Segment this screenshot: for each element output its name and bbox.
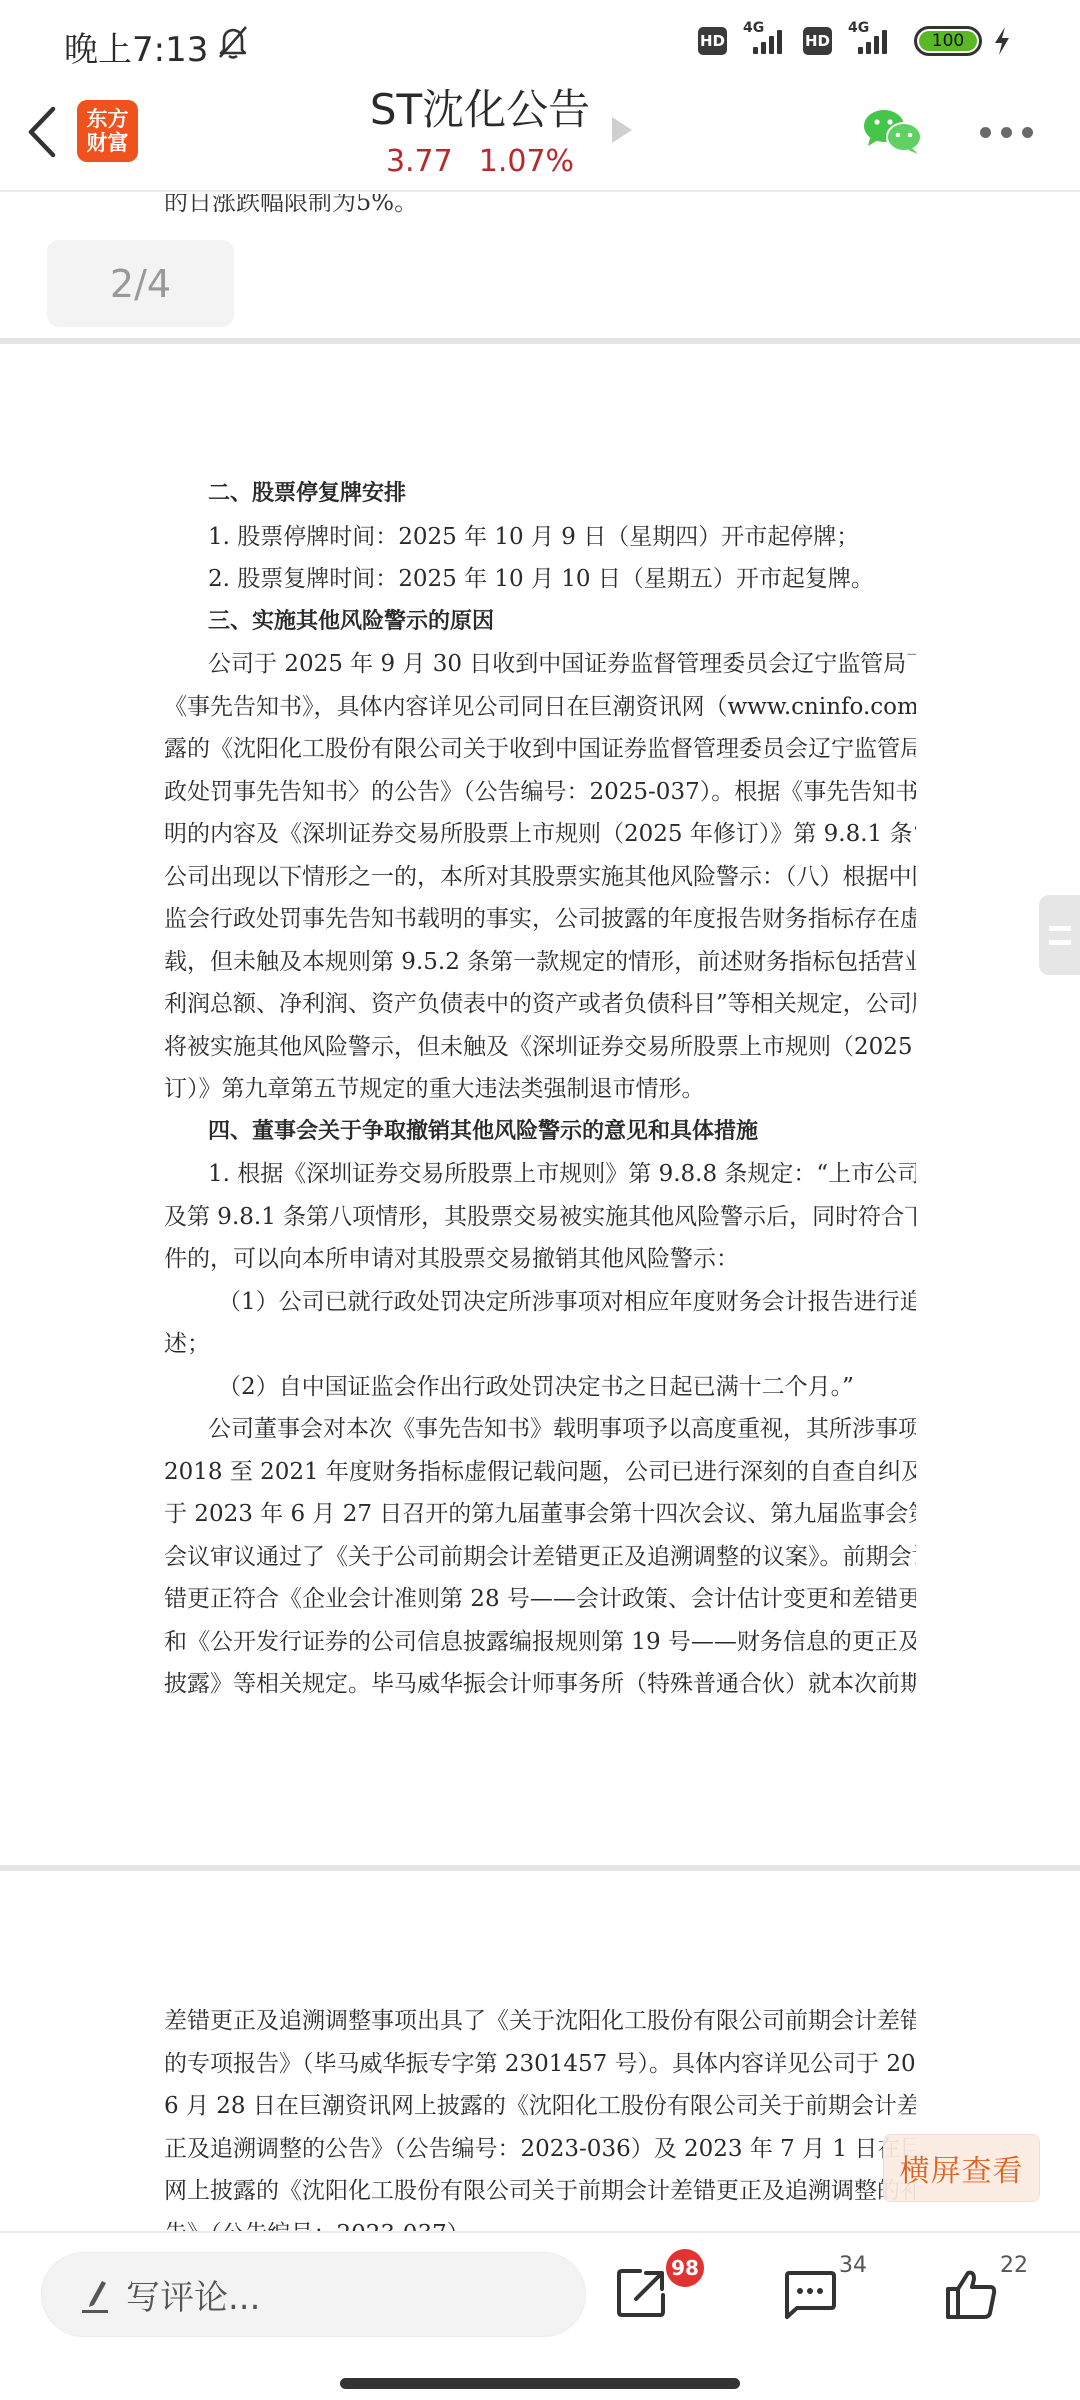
dot-icon xyxy=(1022,127,1033,138)
document-text-line: 将被实施其他风险警示，但未触及《深圳证券交易所股票上市规则（2025 年修 xyxy=(164,1026,916,1068)
share-button[interactable]: 98 xyxy=(616,2263,706,2323)
document-text-line: （2）自中国证监会作出行政处罚决定书之日起已满十二个月。” xyxy=(218,1366,916,1408)
page-divider xyxy=(0,338,1080,344)
comment-input[interactable]: 写评论... xyxy=(41,2252,586,2337)
document-text-line: 件的，可以向本所申请对其股票交易撤销其他风险警示： xyxy=(164,1238,916,1280)
signal-icon: 4G xyxy=(842,26,898,56)
document-text-line: 1. 根据《深圳证券交易所股票上市规则》第 9.8.8 条规定：“上市公司因触 xyxy=(208,1153,916,1195)
document-text-line: 2. 股票复牌时间：2025 年 10 月 10 日（星期五）开市起复牌。 xyxy=(208,558,916,600)
page-title: ST沈化公告 xyxy=(340,84,620,136)
app-logo[interactable]: 东方 财富 xyxy=(77,100,138,162)
share-count-badge: 98 xyxy=(666,2249,704,2287)
chevron-left-icon xyxy=(27,106,57,158)
document-text-line: 及第 9.8.1 条第八项情形，其股票交易被实施其他风险警示后，同时符合下列条 xyxy=(164,1196,916,1238)
bottom-action-bar: 写评论... 98 34 22 xyxy=(0,2231,1080,2400)
mute-icon xyxy=(216,24,250,60)
document-text-line: 公司出现以下情形之一的，本所对其股票实施其他风险警示：（八）根据中国证 xyxy=(164,856,916,898)
dot-icon xyxy=(1001,127,1012,138)
like-button[interactable]: 22 xyxy=(944,2263,1044,2323)
wechat-share-icon[interactable] xyxy=(862,108,924,156)
section-heading: 二、股票停复牌安排 xyxy=(208,473,960,515)
back-button[interactable] xyxy=(20,104,64,160)
document-text-line: 利润总额、净利润、资产负债表中的资产或者负债科目”等相关规定，公司股票 xyxy=(164,983,916,1025)
document-text-line: 错更正符合《企业会计准则第 28 号——会计政策、会计估计变更和差错更正》 xyxy=(164,1578,916,1620)
status-time: 晚上7:13 xyxy=(64,22,208,71)
thumbs-up-icon xyxy=(944,2267,998,2321)
comment-bubble-icon xyxy=(783,2267,837,2323)
document-text-line: 正及追溯调整的公告》（公告编号：2023-036）及 2023 年 7 月 1 … xyxy=(164,2128,916,2170)
page-indicator: 2/4 xyxy=(47,240,234,327)
home-indicator[interactable] xyxy=(340,2378,740,2389)
comment-count: 34 xyxy=(839,2253,867,2278)
comments-button[interactable]: 34 xyxy=(783,2263,873,2323)
document-text-line: 2018 至 2021 年度财务指标虚假记载问题，公司已进行深刻的自查自纠及整改… xyxy=(164,1451,916,1493)
like-count: 22 xyxy=(1000,2253,1028,2278)
document-text-line: 公司于 2025 年 9 月 30 日收到中国证券监督管理委员会辽宁监管局下发的 xyxy=(208,643,916,685)
status-icons: HD 4G HD 4G 100 xyxy=(698,26,1012,56)
share-icon xyxy=(616,2267,668,2319)
section-heading: 四、董事会关于争取撤销其他风险警示的意见和具体措施 xyxy=(208,1111,960,1153)
document-text-line: 差错更正及追溯调整事项出具了《关于沈阳化工股份有限公司前期会计差错更正 xyxy=(164,2000,916,2042)
status-bar: 晚上7:13 HD 4G HD 4G 100 xyxy=(0,0,1080,82)
document-text-line: （1）公司已就行政处罚决定所涉事项对相应年度财务会计报告进行追溯重 xyxy=(218,1281,916,1323)
hd-icon: HD xyxy=(698,27,727,55)
document-text-line: 监会行政处罚事先告知书载明的事实，公司披露的年度报告财务指标存在虚假记 xyxy=(164,898,916,940)
more-options-button[interactable] xyxy=(980,122,1036,142)
document-text-line: 网上披露的《沈阳化工股份有限公司关于前期会计差错更正及追溯调整的补充公 xyxy=(164,2170,916,2212)
stock-price: 3.77 xyxy=(386,144,453,179)
document-text-line: 于 2023 年 6 月 27 日召开的第九届董事会第十四次会议、第九届监事会第… xyxy=(164,1493,916,1535)
dot-icon xyxy=(980,127,991,138)
document-text-line: 述； xyxy=(164,1323,916,1365)
signal-icon: 4G xyxy=(737,26,793,56)
document-text-line: 披露》等相关规定。毕马威华振会计师事务所（特殊普通合伙）就本次前期会计 xyxy=(164,1663,916,1705)
section-heading: 三、实施其他风险警示的原因 xyxy=(208,601,960,643)
side-drawer-handle[interactable] xyxy=(1039,895,1080,975)
document-text-line: 公司董事会对本次《事先告知书》载明事项予以高度重视，其所涉事项系 xyxy=(208,1408,916,1450)
page-divider xyxy=(0,1865,1080,1871)
document-text-line: 载，但未触及本规则第 9.5.2 条第一款规定的情形，前述财务指标包括营业收入、 xyxy=(164,941,916,983)
title-block[interactable]: ST沈化公告 3.771.07% xyxy=(340,82,620,182)
document-text-line: 6 月 28 日在巨潮资讯网上披露的《沈阳化工股份有限公司关于前期会计差错更 xyxy=(164,2085,916,2127)
document-text-line: 订）》第九章第五节规定的重大违法类强制退市情形。 xyxy=(164,1068,916,1110)
comment-placeholder: 写评论... xyxy=(126,2270,260,2319)
document-text-line: 《事先告知书》，具体内容详见公司同日在巨潮资讯网（www.cninfo.com.… xyxy=(164,686,916,728)
document-text-line: 会议审议通过了《关于公司前期会计差错更正及追溯调整的议案》。前期会计差 xyxy=(164,1536,916,1578)
pen-icon xyxy=(80,2275,112,2315)
battery-icon: 100 xyxy=(914,26,982,56)
document-text-line: 露的《沈阳化工股份有限公司关于收到中国证券监督管理委员会辽宁监管局〈行 xyxy=(164,728,916,770)
previous-page-cutoff-text: 的日涨跌幅限制为5%。 xyxy=(164,194,418,217)
document-text-line: 告》（公告编号：2023-037） xyxy=(164,2213,916,2232)
stock-quote: 3.771.07% xyxy=(340,142,620,182)
landscape-view-button[interactable]: 横屏查看 xyxy=(883,2134,1040,2202)
expand-arrow-icon[interactable] xyxy=(612,117,632,143)
hd-icon: HD xyxy=(803,27,832,55)
document-text-line: 1. 股票停牌时间：2025 年 10 月 9 日（星期四）开市起停牌； xyxy=(208,516,916,558)
document-text-line: 和《公开发行证券的公司信息披露编报规则第 19 号——财务信息的更正及相关 xyxy=(164,1621,916,1663)
header: 东方 财富 ST沈化公告 3.771.07% xyxy=(0,82,1080,192)
document-text-line: 的专项报告》（毕马威华振专字第 2301457 号）。具体内容详见公司于 202… xyxy=(164,2043,916,2085)
stock-change: 1.07% xyxy=(479,144,574,179)
charging-icon xyxy=(992,26,1012,56)
document-viewer[interactable]: 的日涨跌幅限制为5%。 2/4 二、股票停复牌安排1. 股票停牌时间：2025 … xyxy=(0,194,1080,2231)
document-text-line: 明的内容及《深圳证券交易所股票上市规则（2025 年修订）》第 9.8.1 条“… xyxy=(164,813,916,855)
document-text-line: 政处罚事先告知书〉的公告》（公告编号：2025-037）。根据《事先告知书》载 xyxy=(164,771,916,813)
